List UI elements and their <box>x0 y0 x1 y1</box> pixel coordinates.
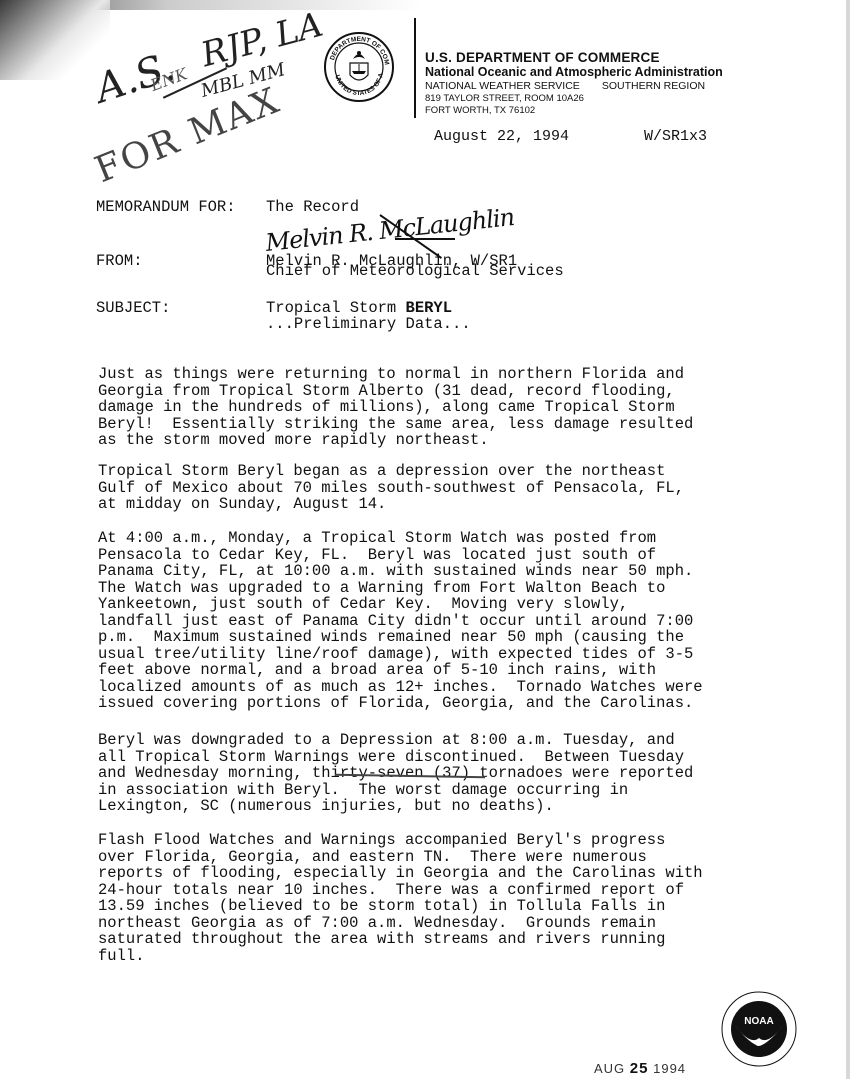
stamp-year: 1994 <box>653 1061 686 1076</box>
agency-name: National Oceanic and Atmospheric Adminis… <box>425 65 723 79</box>
memo-for-value: The Record <box>266 199 359 216</box>
letterhead: U.S. DEPARTMENT OF COMMERCE National Oce… <box>425 51 723 117</box>
body-paragraph-4: Beryl was downgraded to a Depression at … <box>98 732 778 815</box>
svg-text:DEPARTMENT OF COMMERCE: DEPARTMENT OF COMMERCE <box>323 31 390 65</box>
address-line-1: 819 TAYLOR STREET, ROOM 10A26 <box>425 93 723 105</box>
memo-subject-label: SUBJECT: <box>96 300 170 317</box>
body-paragraph-3: At 4:00 a.m., Monday, a Tropical Storm W… <box>98 530 778 712</box>
scan-right-edge <box>846 0 850 1079</box>
memo-subject-line2: ...Preliminary Data... <box>266 316 471 333</box>
department-name: U.S. DEPARTMENT OF COMMERCE <box>425 51 723 65</box>
letterhead-divider <box>414 18 416 118</box>
body-paragraph-2: Tropical Storm Beryl began as a depressi… <box>98 463 778 513</box>
received-date-stamp: AUG 25 1994 <box>594 1060 686 1077</box>
address-line-2: FORT WORTH, TX 76102 <box>425 105 723 117</box>
body-paragraph-1: Just as things were returning to normal … <box>98 366 778 449</box>
noaa-logo-icon: NOAA <box>720 990 798 1068</box>
memo-for-label: MEMORANDUM FOR: <box>96 199 236 216</box>
stamp-day: 25 <box>630 1060 649 1077</box>
signature-underline <box>395 238 455 240</box>
memo-from-label: FROM: <box>96 253 143 270</box>
stamp-month: AUG <box>594 1061 625 1076</box>
body-paragraph-5: Flash Flood Watches and Warnings accompa… <box>98 832 778 964</box>
memo-reference-code: W/SR1x3 <box>644 128 707 145</box>
service-line: NATIONAL WEATHER SERVICESOUTHERN REGION <box>425 79 723 93</box>
commerce-seal-icon: DEPARTMENT OF COMMERCE UNITED STATES OF … <box>323 31 395 103</box>
memo-from-title: Chief of Meteorological Services <box>266 263 564 280</box>
svg-text:NOAA: NOAA <box>744 1016 773 1027</box>
service-name: NATIONAL WEATHER SERVICE <box>425 80 580 92</box>
region-name: SOUTHERN REGION <box>602 80 705 92</box>
memo-date: August 22, 1994 <box>434 128 569 145</box>
